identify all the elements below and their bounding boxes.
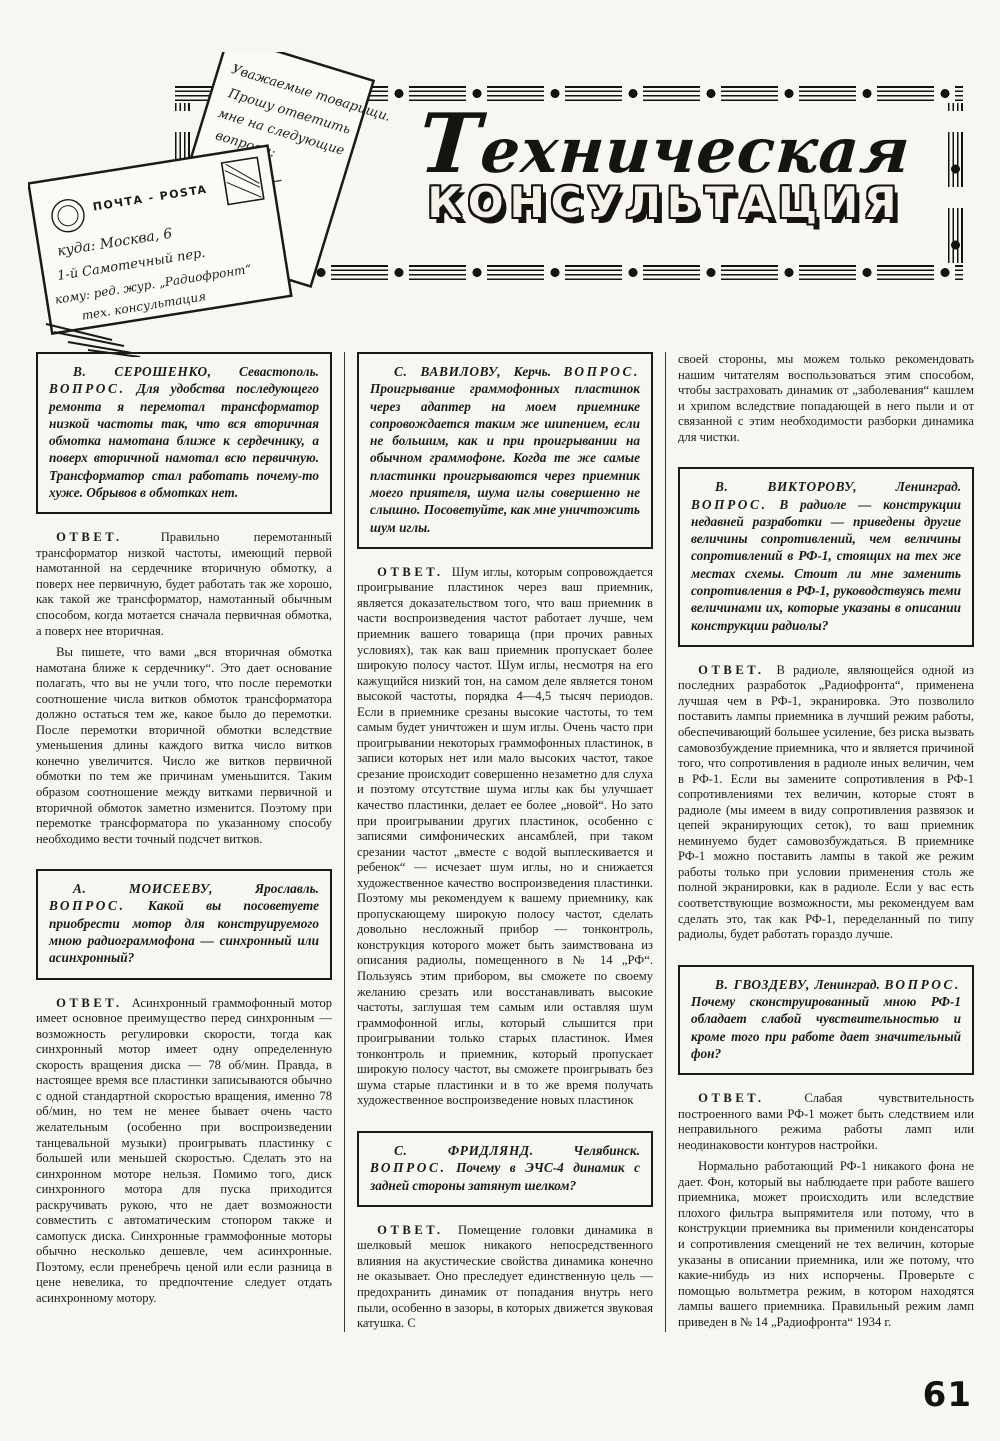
question-city: Керчь.: [514, 364, 551, 379]
question-text: С. ВАВИЛОВУ, Керчь. ВОПРОС. Проигрывание…: [370, 363, 640, 536]
question-box-vavilov: С. ВАВИЛОВУ, Керчь. ВОПРОС. Проигрывание…: [357, 352, 653, 549]
answer-body: Асинхронный граммофонный мотор имеет осн…: [36, 996, 332, 1305]
question-label: ВОПРОС.: [49, 898, 126, 913]
question-label: ВОПРОС.: [691, 497, 768, 512]
answer-label: ОТВЕТ.: [56, 530, 122, 544]
question-city: Челябинск.: [573, 1143, 640, 1158]
answer-body: Вы пишете, что вами „вся вторичная обмот…: [36, 645, 332, 846]
question-author: В. ГВОЗДЕВУ,: [715, 977, 810, 992]
question-label: ВОПРОС.: [370, 1160, 447, 1175]
question-text: В. СЕРОШЕНКО, Севастополь. ВОПРОС. Для у…: [49, 363, 319, 501]
question-body: Для удобства последующего ремонта я пере…: [49, 381, 319, 500]
question-box-seroshenko: В. СЕРОШЕНКО, Севастополь. ВОПРОС. Для у…: [36, 352, 332, 514]
question-box-moiseev: А. МОИСЕЕВУ, Ярославль. ВОПРОС. Какой вы…: [36, 869, 332, 979]
question-author: В. ВИКТОРОВУ,: [715, 479, 857, 494]
question-city: Ленинград.: [815, 977, 880, 992]
answer-body: Помещение головки динамика в шелковый ме…: [357, 1223, 653, 1330]
question-author: А. МОИСЕЕВУ,: [73, 881, 213, 896]
article-columns: В. СЕРОШЕНКО, Севастополь. ВОПРОС. Для у…: [36, 352, 974, 1332]
answer-label: ОТВЕТ.: [698, 663, 764, 677]
question-label: ВОПРОС.: [884, 977, 961, 992]
answer-paragraph: Вы пишете, что вами „вся вторичная обмот…: [36, 645, 332, 847]
answer-body: Нормально работающий РФ-1 никакого фона …: [678, 1159, 974, 1328]
answer-body: Правильно перемотанный трансформатор низ…: [36, 530, 332, 637]
answer-paragraph: ОТВЕТ. Слабая чувствительность построенн…: [678, 1091, 974, 1153]
column-1: В. СЕРОШЕНКО, Севастополь. ВОПРОС. Для у…: [36, 352, 332, 1332]
page-header: Техническая КОНСУЛЬТАЦИЯ Уважаемые товар…: [0, 0, 1000, 352]
question-box-gvozdev: В. ГВОЗДЕВУ, Ленинград. ВОПРОС. Почему с…: [678, 965, 974, 1075]
question-author: В. СЕРОШЕНКО,: [73, 364, 212, 379]
question-author: С. ВАВИЛОВУ,: [394, 364, 501, 379]
magazine-page: Техническая КОНСУЛЬТАЦИЯ Уважаемые товар…: [0, 0, 1000, 1441]
letters-illustration: Уважаемые товарищи! Прошу ответить мне н…: [28, 52, 388, 357]
question-label: ВОПРОС.: [49, 381, 126, 396]
column-2: С. ВАВИЛОВУ, Керчь. ВОПРОС. Проигрывание…: [344, 352, 653, 1332]
answer-label: ОТВЕТ.: [698, 1091, 764, 1105]
question-text: В. ГВОЗДЕВУ, Ленинград. ВОПРОС. Почему с…: [691, 976, 961, 1062]
question-body: Почему сконструированный мною РФ-1 облад…: [691, 994, 961, 1061]
answer-paragraph: ОТВЕТ. Асинхронный граммофонный мотор им…: [36, 996, 332, 1307]
answer-paragraph: ОТВЕТ. В радиоле, являющейся одной из по…: [678, 663, 974, 943]
answer-body: Шум иглы, которым сопровождается проигры…: [357, 565, 653, 1108]
question-body: Проигрывание граммофонных пластинок чере…: [370, 381, 640, 534]
question-box-fridlyand: С. ФРИДЛЯНД. Челябинск. ВОПРОС. Почему в…: [357, 1131, 653, 1207]
answer-paragraph: ОТВЕТ. Помещение головки динамика в шелк…: [357, 1223, 653, 1332]
answer-label: ОТВЕТ.: [56, 996, 122, 1010]
answer-continuation: своей стороны, мы можем только рекомендо…: [678, 352, 974, 445]
answer-paragraph: ОТВЕТ. Шум иглы, которым сопровождается …: [357, 565, 653, 1109]
page-title-line1: Техническая: [377, 104, 953, 186]
page-title-line2: КОНСУЛЬТАЦИЯ: [370, 182, 960, 224]
question-label: ВОПРОС.: [563, 364, 640, 379]
question-text: В. ВИКТОРОВУ, Ленинград. ВОПРОС. В радио…: [691, 478, 961, 634]
question-box-viktorov: В. ВИКТОРОВУ, Ленинград. ВОПРОС. В радио…: [678, 467, 974, 647]
answer-body: В радиоле, являющейся одной из последних…: [678, 663, 974, 941]
answer-label: ОТВЕТ.: [377, 565, 443, 579]
question-text: С. ФРИДЛЯНД. Челябинск. ВОПРОС. Почему в…: [370, 1142, 640, 1194]
question-text: А. МОИСЕЕВУ, Ярославль. ВОПРОС. Какой вы…: [49, 880, 319, 966]
answer-label: ОТВЕТ.: [377, 1223, 443, 1237]
question-city: Ленинград.: [896, 479, 961, 494]
question-city: Севастополь.: [239, 364, 319, 379]
column-3: своей стороны, мы можем только рекомендо…: [665, 352, 974, 1332]
answer-paragraph: Нормально работающий РФ-1 никакого фона …: [678, 1159, 974, 1330]
answer-body: своей стороны, мы можем только рекомендо…: [678, 352, 974, 444]
question-city: Ярославль.: [255, 881, 319, 896]
answer-paragraph: ОТВЕТ. Правильно перемотанный трансформа…: [36, 530, 332, 639]
page-number: 61: [923, 1375, 972, 1415]
question-body: В радиоле — конструкции недавней разрабо…: [691, 497, 961, 633]
question-author: С. ФРИДЛЯНД.: [394, 1143, 534, 1158]
